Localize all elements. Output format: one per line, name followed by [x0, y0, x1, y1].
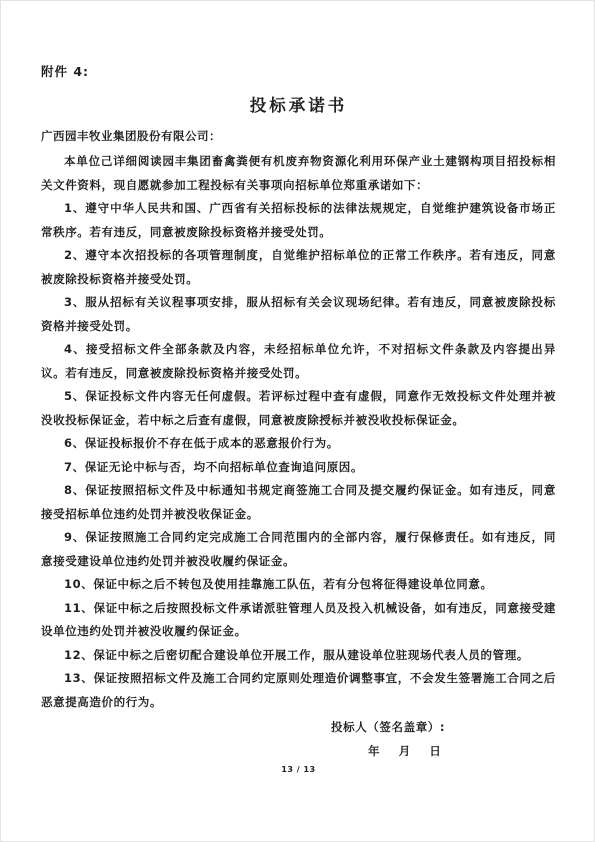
commitment-item-10: 10、保证中标之后不转包及使用挂靠施工队伍，若有分包将征得建设单位同意。 [41, 573, 556, 597]
bidder-signature-label: 投标人（签名盖章）: [331, 715, 556, 739]
commitment-item-8: 8、保证按照招标文件及中标通知书规定商签施工合同及提交履约保证金。如有违反，同意… [41, 479, 556, 526]
addressee-line: 广西园丰牧业集团股份有限公司： [41, 128, 556, 145]
commitment-item-6: 6、保证投标报价不存在低于成本的恶意报价行为。 [41, 432, 556, 456]
document-page: 附件 4: 投标承诺书 广西园丰牧业集团股份有限公司： 本单位己详细阅读园丰集团… [0, 0, 595, 842]
commitment-item-3: 3、服从招标有关议程事项安排，服从招标有关会议现场纪律。若有违反，同意被废除投标… [41, 291, 556, 338]
commitment-item-2: 2、遵守本次招投标的各项管理制度，自觉维护招标单位的正常工作秩序。若有违反，同意… [41, 244, 556, 291]
commitment-item-4: 4、接受招标文件全部条款及内容，未经招标单位允许，不对招标文件条款及内容提出异议… [41, 338, 556, 385]
commitment-item-7: 7、保证无论中标与否，均不向招标单位查询追问原因。 [41, 456, 556, 480]
commitment-content: 本单位己详细阅读园丰集团畜禽粪便有机废弃物资源化利用环保产业土建钢构项目招投标相… [41, 150, 556, 714]
page-title: 投标承诺书 [41, 95, 556, 117]
document-body: 附件 4: 投标承诺书 广西园丰牧业集团股份有限公司： 本单位己详细阅读园丰集团… [1, 1, 594, 775]
page-number: 13 / 13 [41, 764, 556, 775]
commitment-item-11: 11、保证中标之后按照投标文件承诺派驻管理人员及投入机械设备，如有违反，同意接受… [41, 597, 556, 644]
commitment-item-13: 13、保证按照招标文件及施工合同约定原则处理造价调整事宜，不会发生签署施工合同之… [41, 667, 556, 714]
attachment-label: 附件 4: [41, 63, 556, 80]
commitment-item-1: 1、遵守中华人民共和国、广西省有关招标投标的法律法规规定，自觉维护建筑设备市场正… [41, 197, 556, 244]
commitment-item-12: 12、保证中标之后密切配合建设单位开展工作，服从建设单位驻现场代表人员的管理。 [41, 644, 556, 668]
intro-paragraph: 本单位己详细阅读园丰集团畜禽粪便有机废弃物资源化利用环保产业土建钢构项目招投标相… [41, 150, 556, 197]
commitment-item-9: 9、保证按照施工合同约定完成施工合同范围内的全部内容，履行保修责任。如有违反，同… [41, 526, 556, 573]
commitment-item-5: 5、保证投标文件内容无任何虚假。若评标过程中查有虚假，同意作无效投标文件处理并被… [41, 385, 556, 432]
date-line: 年 月 日 [368, 739, 556, 763]
